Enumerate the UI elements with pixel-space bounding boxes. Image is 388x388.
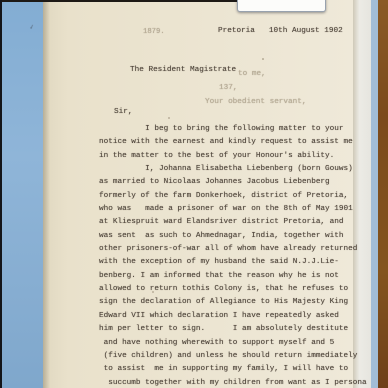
letter-body-line: as married to Nicolaas Johannes Jacobus … <box>99 177 367 190</box>
blue-folder-paper <box>2 2 43 388</box>
document-photo: POWTIBN ✓ 1879. Pretoria 10th August 190… <box>0 0 388 388</box>
letter-body-line: sign the declaration of Allegiance to Hi… <box>99 297 367 310</box>
salutation: Sir, <box>114 107 132 117</box>
letter-body-line: in the matter to the best of your Honour… <box>99 151 367 164</box>
letter-body-line: succumb together with my children from w… <box>99 378 367 388</box>
blue-paper-edge-right <box>371 0 378 388</box>
letter-body-line: at Kliespruit ward Elandsriver district … <box>99 217 367 230</box>
letter-body-line: who was made a prisoner of war on the 8t… <box>99 204 367 217</box>
letter-body-line: other prisoners-of-war all of whom have … <box>99 244 367 257</box>
dust-speck <box>152 291 154 293</box>
archive-label: POWTIBN <box>237 0 326 12</box>
photo-left-edge <box>0 0 2 388</box>
letter-body: I beg to bring the following matter to y… <box>99 124 367 388</box>
dust-speck <box>262 58 264 60</box>
letter-body-line: (five children) and unless he should ret… <box>99 351 367 364</box>
faint-number: 1879. <box>143 27 165 37</box>
letter-body-line: benberg. I am informed that the reason w… <box>99 271 367 284</box>
letter-body-line: notice with the earnest and kindly reque… <box>99 137 367 150</box>
letter-body-line: Edward VII which declaration I have repe… <box>99 311 367 324</box>
wood-table-edge <box>378 0 388 388</box>
photo-top-edge <box>0 0 240 2</box>
dust-speck <box>168 117 170 119</box>
addressee: The Resident Magistrate <box>130 65 236 75</box>
letter-body-line: allowed to return tothis Colony is, that… <box>99 284 367 297</box>
letter-body-line: was sent as such to Ahmednagar, India, t… <box>99 231 367 244</box>
bleed-through-line: Your obedient servant, <box>205 97 307 107</box>
letter-body-line: him per letter to sign. I am absolutely … <box>99 324 367 337</box>
letter-body-line: formerly of the farm Donkerhoek, distric… <box>99 191 367 204</box>
bleed-through-line: 137, <box>219 83 237 93</box>
place-name: Pretoria <box>218 26 255 36</box>
letter-body-line: I beg to bring the following matter to y… <box>99 124 367 137</box>
letter-body-line: and have nothing wherewith to support my… <box>99 338 367 351</box>
archive-label-text: POWTIBN <box>238 0 325 2</box>
letter-body-line: I, Johanna Elisabetha Liebenberg (born G… <box>99 164 367 177</box>
dateline: Pretoria 10th August 1902 <box>218 26 343 36</box>
letter-date: 10th August 1902 <box>269 26 343 36</box>
letter-body-line: with the exception of my husband the sai… <box>99 257 367 270</box>
letter-body-line: to assist me in supporting my family, I … <box>99 364 367 377</box>
bleed-through-line: to me, <box>238 69 266 79</box>
